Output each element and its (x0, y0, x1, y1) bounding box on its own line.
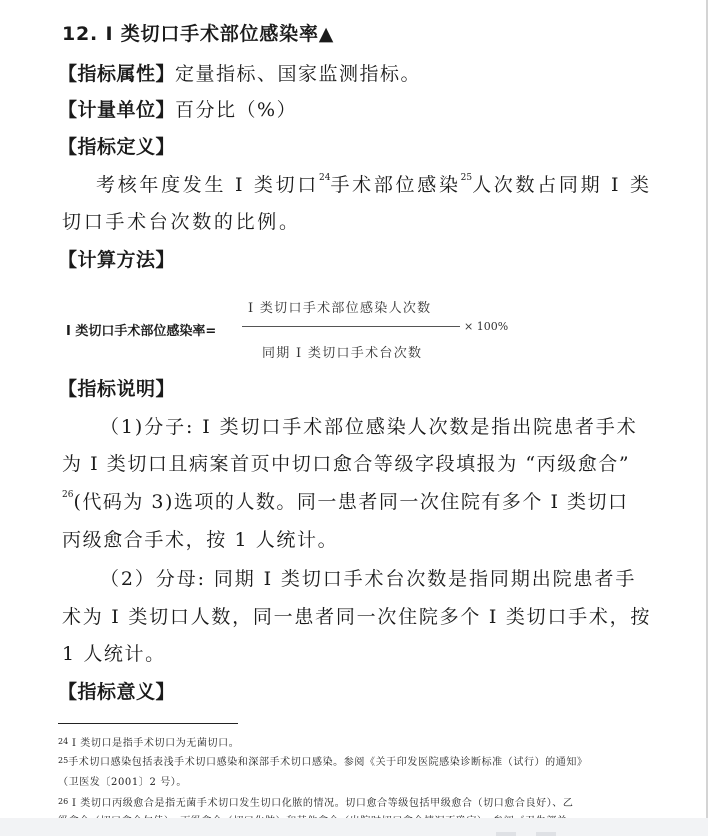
fraction-bar (242, 326, 460, 327)
explanation-p1-line-4: 丙级愈合手术，按 1 人统计。 (62, 528, 338, 552)
definition-text-a: 考核年度发生 I 类切口 (96, 174, 319, 196)
definition-line-2: 切口手术台次数的比例。 (62, 210, 301, 234)
explanation-p2-line-2: 术为 I 类切口人数，同一患者同一次住院多个 I 类切口手术，按 (62, 605, 651, 629)
footnote-number: 26 (58, 797, 68, 806)
unit-label: 【计量单位】 (58, 99, 175, 121)
formula-denominator: 同期 I 类切口手术台次数 (262, 342, 422, 361)
formula-lhs: I 类切口手术部位感染率= (66, 320, 216, 339)
explanation-p2-line-3: 1 人统计。 (62, 642, 166, 666)
document-page: 12. I 类切口手术部位感染率▲ 【指标属性】定量指标、国家监测指标。 【计量… (0, 0, 708, 818)
calculation-heading: 【计算方法】 (58, 248, 175, 272)
attribute-row: 【指标属性】定量指标、国家监测指标。 (58, 62, 421, 86)
formula: I 类切口手术部位感染率= I 类切口手术部位感染人次数 同期 I 类切口手术台… (62, 292, 522, 364)
attribute-value: 定量指标、国家监测指标。 (175, 63, 421, 85)
toolbar-button-1[interactable] (496, 832, 516, 836)
unit-row: 【计量单位】百分比（%） (58, 98, 297, 122)
definition-text-c: 人次数占同期 I 类 (472, 174, 652, 196)
footnote-text: 手术切口感染包括表浅手术切口感染和深部手术切口感染。参阅《关于印发医院感染诊断标… (68, 757, 587, 768)
explanation-p1-text-3: (代码为 3)选项的人数。同一患者同一次住院有多个 I 类切口 (73, 491, 628, 513)
definition-heading: 【指标定义】 (58, 135, 175, 159)
footnote-25-cont: （卫医发〔2001〕2 号）。 (58, 776, 187, 789)
page-title: 12. I 类切口手术部位感染率▲ (62, 22, 334, 46)
explanation-p1-line-3: 26(代码为 3)选项的人数。同一患者同一次住院有多个 I 类切口 (62, 490, 629, 514)
footnote-ref-26[interactable]: 26 (62, 490, 73, 500)
footnote-ref-25[interactable]: 25 (461, 173, 472, 183)
explanation-p1-line-1: （1)分子: I 类切口手术部位感染人次数是指出院患者手术 (100, 415, 638, 439)
toolbar-button-2[interactable] (536, 832, 556, 836)
footnote-number: 25 (58, 756, 68, 765)
attribute-label: 【指标属性】 (58, 63, 175, 85)
bottom-toolbar (0, 818, 708, 836)
footnote-number: 24 (58, 737, 68, 746)
significance-heading: 【指标意义】 (58, 680, 175, 704)
formula-numerator: I 类切口手术部位感染人次数 (248, 297, 431, 316)
formula-multiplier: × 100% (464, 320, 508, 333)
footnote-ref-24[interactable]: 24 (319, 173, 330, 183)
footnote-separator (58, 723, 238, 724)
footnote-25: 25手术切口感染包括表浅手术切口感染和深部手术切口感染。参阅《关于印发医院感染诊… (58, 756, 588, 769)
footnote-text: I 类切口是指手术切口为无菌切口。 (68, 738, 239, 749)
footnote-26: 26 I 类切口丙级愈合是指无菌手术切口发生切口化脓的情况。切口愈合等级包括甲级… (58, 797, 574, 810)
definition-line-1: 考核年度发生 I 类切口24手术部位感染25人次数占同期 I 类 (96, 173, 652, 197)
explanation-heading: 【指标说明】 (58, 377, 175, 401)
footnote-text: I 类切口丙级愈合是指无菌手术切口发生切口化脓的情况。切口愈合等级包括甲级愈合（… (68, 798, 573, 809)
explanation-p2-line-1: （2）分母: 同期 I 类切口手术台次数是指同期出院患者手 (100, 567, 636, 591)
explanation-p1-line-2: 为 I 类切口且病案首页中切口愈合等级字段填报为 “丙级愈合” (62, 452, 630, 476)
footnote-24: 24 I 类切口是指手术切口为无菌切口。 (58, 737, 239, 750)
unit-value: 百分比（%） (175, 99, 297, 121)
definition-text-b: 手术部位感染 (330, 174, 460, 196)
